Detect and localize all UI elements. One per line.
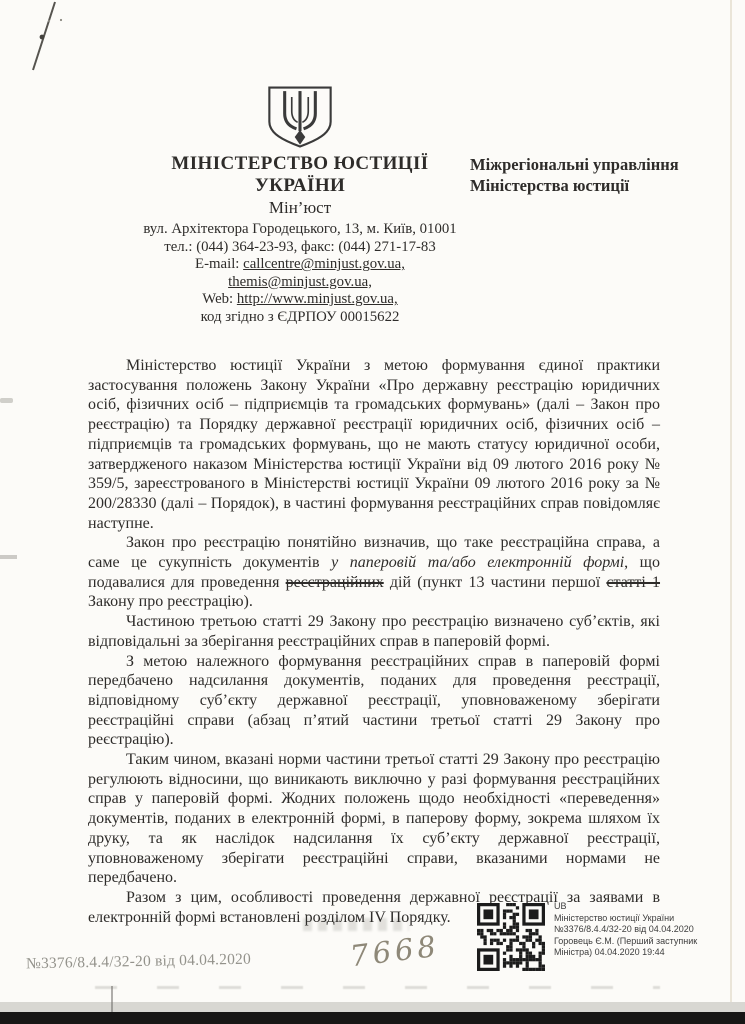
- qr-code: [477, 903, 545, 971]
- recipient-line2: Міністерства юстиції: [470, 175, 720, 196]
- handwritten-number: 7668: [348, 929, 441, 974]
- scanned-letter-page: МІНІСТЕРСТВО ЮСТИЦІЇ УКРАЇНИ Мін’юст вул…: [0, 0, 745, 1024]
- letterhead: МІНІСТЕРСТВО ЮСТИЦІЇ УКРАЇНИ Мін’юст вул…: [88, 84, 512, 327]
- recipient-line1: Міжрегіональні управління: [470, 154, 720, 175]
- stamp-ub-line: UB: [554, 901, 729, 913]
- scan-smudge: [0, 555, 17, 559]
- pen-mark-artifact: [18, 0, 78, 84]
- body-paragraph: Міністерство юстиції України з метою фор…: [88, 356, 660, 533]
- electronic-signature-stamp: UB Міністерство юстиції України №3376/8.…: [554, 901, 729, 959]
- scan-streak-artifact: [95, 986, 660, 989]
- recipient-block: Міжрегіональні управління Міністерства ю…: [470, 154, 720, 196]
- contact-block: вул. Архітектора Городецького, 13, м. Ки…: [88, 221, 512, 327]
- edrpou-line: код згідно з ЄДРПОУ 00015622: [88, 309, 512, 327]
- stamp-signer-line2: Міністра) 04.04.2020 19:44: [554, 947, 729, 959]
- ministry-name: МІНІСТЕРСТВО ЮСТИЦІЇ УКРАЇНИ: [88, 153, 512, 196]
- web-label: Web:: [202, 291, 237, 307]
- stamp-org-line: Міністерство юстиції України: [554, 913, 729, 925]
- stamp-number-line: №3376/8.4.4/32-20 від 04.04.2020: [554, 924, 729, 936]
- ukraine-trident-emblem: [259, 84, 341, 150]
- body-paragraph: З метою належного формування реєстраційн…: [88, 652, 660, 751]
- email-line: E-mail: callcentre@minjust.gov.ua,: [88, 256, 512, 274]
- scan-edge-black: [0, 1012, 745, 1024]
- email-address-1: callcentre@minjust.gov.ua,: [243, 256, 405, 272]
- ministry-name-line2: УКРАЇНИ: [88, 175, 512, 197]
- web-address: http://www.minjust.gov.ua,: [237, 291, 398, 307]
- body-paragraph: Закон про реєстрацію понятійно визначив,…: [88, 533, 660, 612]
- email-address-2: themis@minjust.gov.ua,: [228, 274, 372, 290]
- document-body: Міністерство юстиції України з метою фор…: [88, 356, 660, 927]
- phone-line: тел.: (044) 364-23-93, факс: (044) 271-1…: [88, 239, 512, 257]
- web-line: Web: http://www.minjust.gov.ua,: [88, 291, 512, 309]
- address-line: вул. Архітектора Городецького, 13, м. Ки…: [88, 221, 512, 239]
- scan-edge-right: [730, 0, 732, 1024]
- scan-line-artifact: [111, 986, 113, 1013]
- ministry-short-name: Мін’юст: [88, 198, 512, 218]
- registration-number-stamp: №3376/8.4.4/32-20 від 04.04.2020: [26, 951, 251, 974]
- email-label: E-mail:: [195, 256, 243, 272]
- ministry-name-line1: МІНІСТЕРСТВО ЮСТИЦІЇ: [88, 153, 512, 175]
- stamp-signer-line1: Горовець Є.М. (Перший заступник: [554, 936, 729, 948]
- scan-smudge: [0, 398, 13, 403]
- body-paragraph: Таким чином, вказані норми частини треть…: [88, 750, 660, 888]
- body-paragraph: Частиною третьою статті 29 Закону про ре…: [88, 612, 660, 651]
